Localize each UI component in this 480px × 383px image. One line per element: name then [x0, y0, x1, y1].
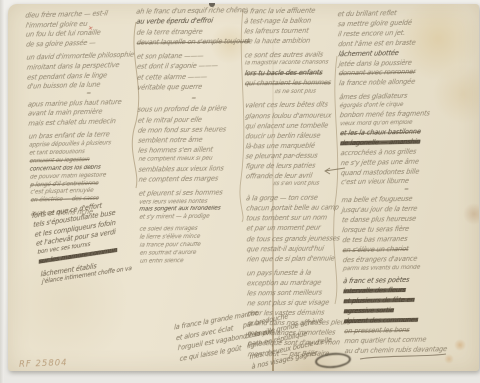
manuscript-line: ils s'en vont plus — [245, 181, 346, 190]
manuscript-line: qui enlacent une tombelle — [245, 120, 347, 131]
manuscript-line: qui chantaient les hommes — [244, 78, 346, 89]
manuscript-line: rien que de si plan d'ennuie — [246, 253, 348, 264]
manuscript-line: glanons loulou d'amoureux — [244, 110, 346, 121]
manuscript-line: valent ces leurs bêtes dits — [244, 100, 346, 111]
manuscript-line: et par un moment peur — [246, 223, 348, 234]
manuscript-line: véritable que guerre — [136, 81, 250, 93]
inventory-number: RF 25804 — [19, 358, 68, 370]
scan-edge — [0, 0, 4, 383]
manuscript-line: de tous ces grands jeunesses — [246, 233, 348, 244]
manuscript-line: devant laquelle on s'emple toujours — [136, 36, 250, 48]
manuscript-page: dieu frère marche — est-ill'immortel glo… — [8, 4, 479, 371]
manuscript-line: la france noble allongée — [338, 77, 470, 90]
manuscript-line: de la haute ambition — [244, 36, 346, 47]
manuscript-line: que restait-il aujourd'hui — [246, 243, 348, 254]
manuscript-column-1: dieu frère marche — est-ill'immortel glo… — [25, 8, 153, 219]
manuscript-line: ne comptent des marges — [138, 173, 252, 185]
manuscript-line: ils ne sont plus — [244, 88, 345, 97]
